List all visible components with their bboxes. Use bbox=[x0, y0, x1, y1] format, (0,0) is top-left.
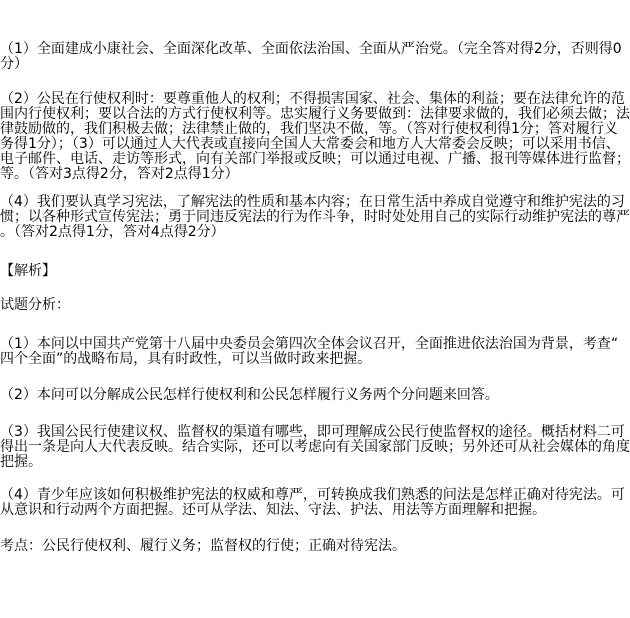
answer-paragraph-4: （4）我们要认真学习宪法，了解宪法的性质和基本内容；在日常生活中养成自觉遵守和维… bbox=[0, 195, 630, 240]
analysis-subheader: 试题分析： bbox=[0, 298, 630, 313]
answer-paragraph-1: （1）全面建成小康社会、全面深化改革、全面依法治国、全面从严治党。（完全答对得2… bbox=[0, 42, 630, 72]
analysis-section-header: 【解析】 bbox=[0, 264, 630, 279]
exam-points-line: 考点：公民行使权利、履行义务；监督权的行使；正确对待宪法。 bbox=[0, 539, 630, 554]
analysis-paragraph-1: （1）本问以中国共产党第十八届中央委员会第四次全体会议召开，全面推进依法治国为背… bbox=[0, 337, 630, 367]
analysis-paragraph-3: （3）我国公民行使建议权、监督权的渠道有哪些，即可理解成公民行使监督权的途径。概… bbox=[0, 425, 630, 470]
document-page: （1）全面建成小康社会、全面深化改革、全面依法治国、全面从严治党。（完全答对得2… bbox=[0, 0, 630, 618]
analysis-paragraph-2: （2）本问可以分解成公民怎样行使权利和公民怎样履行义务两个分问题来回答。 bbox=[0, 388, 630, 403]
answer-paragraph-2-3: （2）公民在行使权利时：要尊重他人的权利；不得损害国家、社会、集体的利益；要在法… bbox=[0, 92, 630, 182]
analysis-paragraph-4: （4）青少年应该如何积极维护宪法的权威和尊严，可转换成我们熟悉的问法是怎样正确对… bbox=[0, 488, 630, 518]
